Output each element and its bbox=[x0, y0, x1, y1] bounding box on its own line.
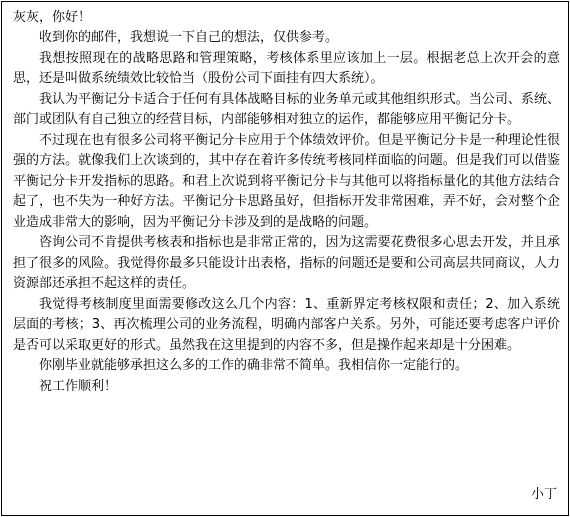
paragraph-bsc-individual: 不过现在也有很多公司将平衡记分卡应用于个体绩效评价。但是平衡记分卡是一种理论性很… bbox=[13, 131, 560, 234]
paragraph-closing: 祝工作顺利！ bbox=[13, 377, 560, 398]
paragraph-encouragement: 你刚毕业就能够承担这么多的工作的确非常不简单。我相信你一定能行的。 bbox=[13, 356, 560, 377]
paragraph-consulting: 咨询公司不肯提供考核表和指标也是非常正常的，因为这需要花费很多心思去开发，并且承… bbox=[13, 233, 560, 295]
paragraph-system-performance: 我想按照现在的战略思路和管理策略，考核体系里应该加上一层。根据老总上次开会的意思… bbox=[13, 49, 560, 90]
letter-box: 灰灰，你好！ 收到你的邮件，我想说一下自己的想法，仅供参考。 我想按照现在的战略… bbox=[1, 1, 569, 516]
paragraph-ack: 收到你的邮件，我想说一下自己的想法，仅供参考。 bbox=[13, 28, 560, 49]
paragraph-revisions: 我觉得考核制度里面需要修改这么几个内容：1、重新界定考核权限和责任；2、加入系统… bbox=[13, 295, 560, 357]
signature: 小丁 bbox=[531, 485, 557, 505]
greeting: 灰灰，你好！ bbox=[13, 8, 560, 28]
paragraph-bsc-applicability: 我认为平衡记分卡适合于任何有具体战略目标的业务单元或其他组织形式。当公司、系统、… bbox=[13, 90, 560, 131]
letter-body: 灰灰，你好！ 收到你的邮件，我想说一下自己的想法，仅供参考。 我想按照现在的战略… bbox=[13, 8, 560, 397]
